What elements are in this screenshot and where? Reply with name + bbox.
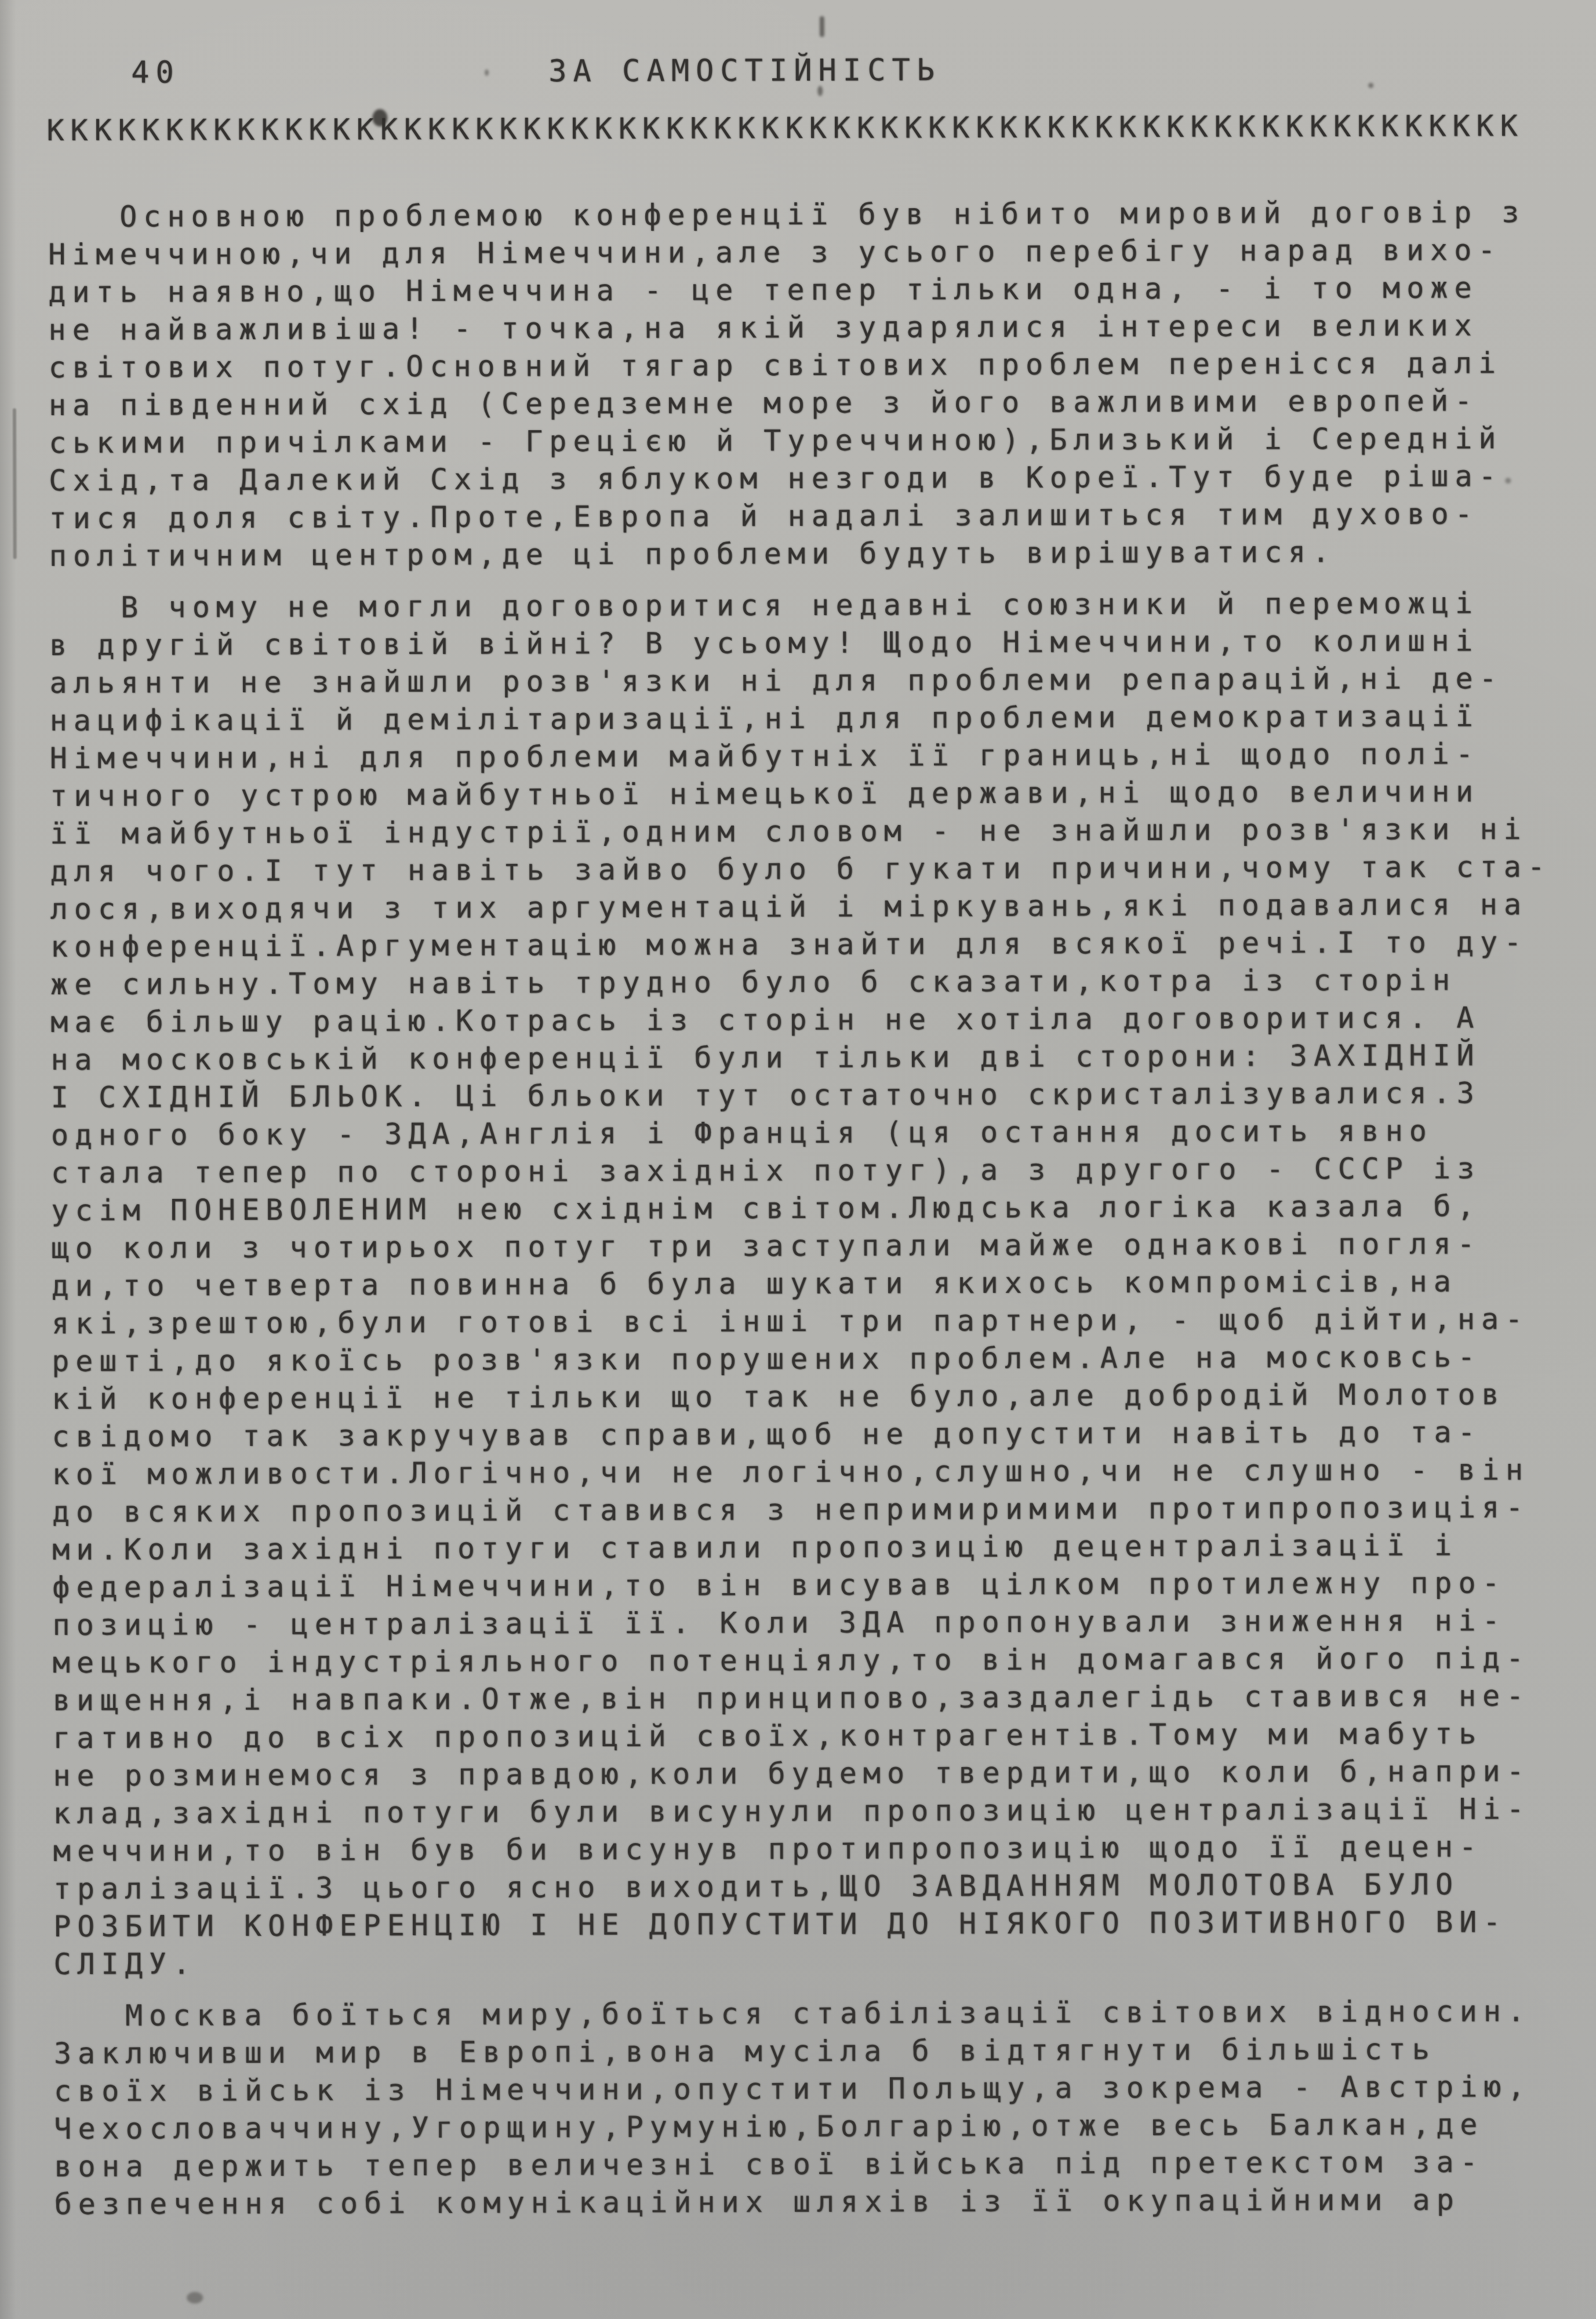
text-line: тичного устрою майбутньої німецької держ… [50, 773, 1551, 815]
text-line: кій конференції не тільки що так не було… [52, 1376, 1553, 1418]
page-number: 40 [131, 55, 180, 90]
dust-speck [1505, 478, 1511, 484]
scan-edge-mark [13, 408, 17, 559]
text-line: нацифікації й демілітаризації,ні для про… [50, 697, 1551, 740]
text-line: вона держить тепер величезні свої військ… [54, 2143, 1555, 2186]
text-line: Москва боїться миру,боїться стабілізації… [54, 1993, 1555, 2035]
dust-speck [820, 16, 824, 37]
text-line: які,зрештою,були готові всі інші три пар… [52, 1300, 1553, 1343]
ink-blot [372, 109, 387, 126]
text-line: федералізації Німеччини,то він висував ц… [52, 1564, 1554, 1606]
text-line: до всяких пропозицій ставився з непримир… [52, 1489, 1554, 1531]
dust-speck [485, 70, 489, 76]
paragraph-3: Москва боїться миру,боїться стабілізації… [54, 1993, 1556, 2223]
page-title: ЗА САМОСТІЙНІСТЬ [548, 53, 941, 89]
text-line: лося,виходячи з тих аргументацій і мірку… [50, 886, 1552, 928]
text-line: ди,то четверта повинна б була шукати яки… [52, 1263, 1553, 1305]
text-line: її майбутньої індустрії,одним словом - н… [50, 810, 1551, 853]
text-line: стала тепер по стороні західніх потуг),а… [51, 1150, 1553, 1192]
text-line: І СХІДНІЙ БЛЬОК. Ці бльоки тут остаточно… [51, 1074, 1553, 1117]
text-line: мецького індустріяльного потенціялу,то в… [53, 1640, 1554, 1682]
page-header: 40 ЗА САМОСТІЙНІСТЬ [0, 51, 1593, 103]
text-line: на московській конференції були тільки д… [50, 1037, 1552, 1079]
text-line: В чому не могли договоритися недавні сою… [49, 584, 1551, 627]
text-line: не найважливіша! - точка,на якій зударял… [48, 307, 1550, 349]
text-line: ми.Коли західні потуги ставили пропозиці… [52, 1526, 1554, 1569]
text-line: політичним центром,де ці проблеми будуть… [49, 533, 1551, 575]
typed-divider-line: КККККККККККККККККККККККККККККККККККККККК… [46, 103, 1528, 153]
text-line: одного боку - ЗДА,Англія і Франція (ця о… [51, 1112, 1553, 1154]
dust-speck [817, 86, 823, 96]
paragraph-2: В чому не могли договоритися недавні сою… [49, 584, 1555, 1983]
text-line: Схід,та Далекий Схід з яблуком незгоди в… [49, 457, 1550, 500]
text-line: Німеччини,ні для проблеми майбутніх її г… [50, 735, 1551, 777]
text-line: в другій світовій війні? В усьому! Щодо … [49, 622, 1551, 664]
text-line: безпечення собі комунікаційних шляхів із… [54, 2181, 1556, 2223]
text-line: Заключивши мир в Европі,вона мусіла б ві… [54, 2030, 1555, 2073]
text-line: має більшу рацію.Котрась із сторін не хо… [50, 999, 1552, 1041]
text-line: меччини,то він був би висунув протипропо… [53, 1828, 1555, 1870]
text-line: Чехословаччину,Угорщину,Румунію,Болгарію… [54, 2106, 1555, 2148]
text-line: тралізації.З цього ясно виходить,ЩО ЗАВД… [53, 1866, 1555, 1908]
paper-sheet: 40 ЗА САМОСТІЙНІСТЬ КККККККККККККККККККК… [0, 0, 1596, 2319]
text-line: РОЗБИТИ КОНФЕРЕНЦІЮ І НЕ ДОПУСТИТИ ДО НІ… [53, 1903, 1555, 1946]
text-line: вищення,і навпаки.Отже,він принципово,за… [53, 1677, 1554, 1720]
text-line: дить наявно,що Німеччина - це тепер тіль… [48, 269, 1550, 311]
text-line: ськими причілками - Грецією й Туреччиною… [49, 420, 1550, 462]
text-line: решті,до якоїсь розв'язки порушених проб… [52, 1338, 1553, 1380]
text-line: альянти не знайшли розв'язки ні для проб… [49, 660, 1551, 702]
text-line: клад,західні потуги були висунули пропоз… [53, 1790, 1554, 1833]
text-line: на південний схід (Середземне море з йог… [49, 382, 1550, 424]
text-line: світових потуг.Основний тягар світових п… [49, 344, 1550, 387]
text-line: свідомо так закручував справи,щоб не доп… [52, 1413, 1553, 1456]
text-line: конференції.Аргументацію можна знайти дл… [50, 924, 1552, 966]
text-line: кої можливости.Логічно,чи не логічно,слу… [52, 1451, 1554, 1493]
text-line: для чого.І тут навіть зайво було б гукат… [50, 848, 1551, 890]
text-line: гативно до всіх пропозицій своїх,контраг… [53, 1715, 1554, 1757]
text-line: не розминемося з правдою,коли будемо тве… [53, 1753, 1554, 1795]
text-line: Основною проблемою конференції був нібит… [48, 194, 1550, 236]
dust-speck [1368, 83, 1373, 88]
scanned-document-page: { "colors": { "paper": "#b5b5b1", "ink":… [0, 0, 1596, 2319]
text-line: Німеччиною,чи для Німеччини,але з усього… [48, 231, 1550, 274]
text-line: позицію - централізації її. Коли ЗДА про… [52, 1602, 1554, 1644]
dust-speck [187, 2292, 203, 2303]
text-line: же сильну.Тому навіть трудно було б сказ… [50, 961, 1552, 1004]
document-body: Основною проблемою конференції був нібит… [48, 194, 1556, 2237]
text-line: усім ПОНЕВОЛЕНИМ нею східнім світом.Людс… [51, 1187, 1553, 1230]
text-line: тися доля світу.Проте,Европа й надалі за… [49, 495, 1550, 537]
text-line: що коли з чотирьох потуг три заступали м… [51, 1225, 1553, 1267]
text-line: СЛІДУ. [53, 1941, 1555, 1983]
text-line: своїх військ із Німеччини,опустити Польщ… [54, 2068, 1555, 2110]
paragraph-1: Основною проблемою конференції був нібит… [48, 194, 1550, 575]
